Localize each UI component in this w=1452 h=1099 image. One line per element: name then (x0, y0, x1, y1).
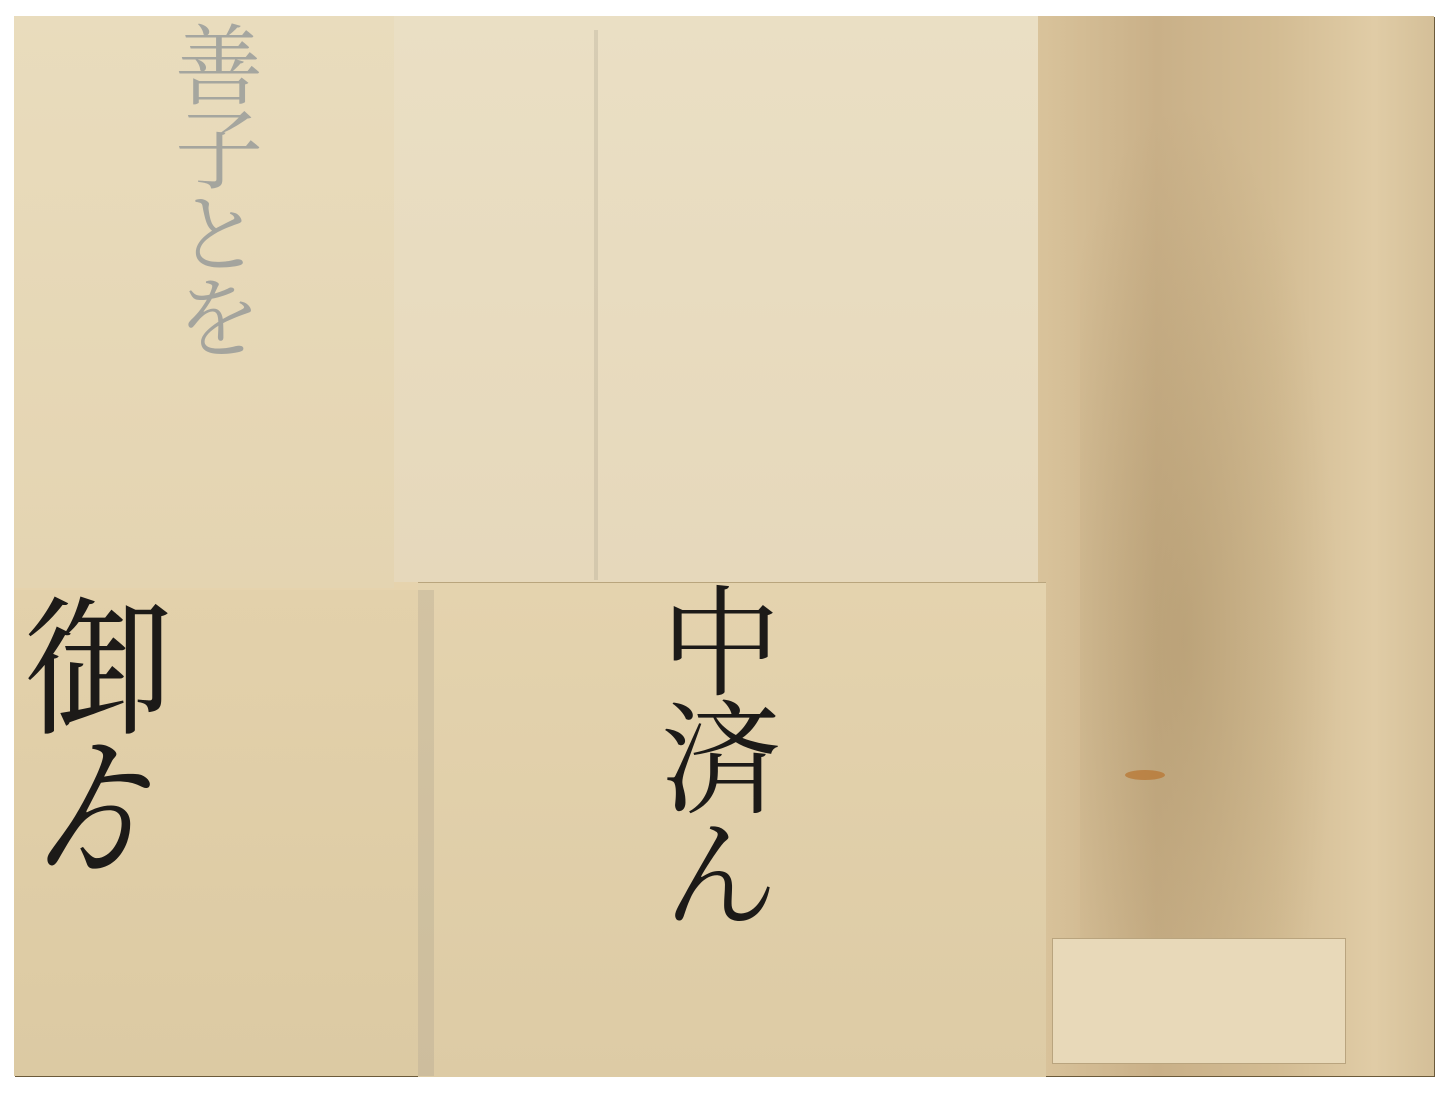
rust-spot (1125, 770, 1165, 780)
fold-line-top (594, 30, 598, 580)
middle-calligraphy-column: 中済ん (650, 580, 770, 928)
left-calligraphy-column: 御ゟ (10, 590, 160, 870)
fold-line-bottom (418, 590, 434, 1076)
paper-label-strip (1052, 938, 1346, 1064)
water-stain (1080, 100, 1340, 1000)
panel-top-middle (394, 16, 1039, 582)
faint-calligraphy-column: 善子とを (168, 20, 256, 356)
